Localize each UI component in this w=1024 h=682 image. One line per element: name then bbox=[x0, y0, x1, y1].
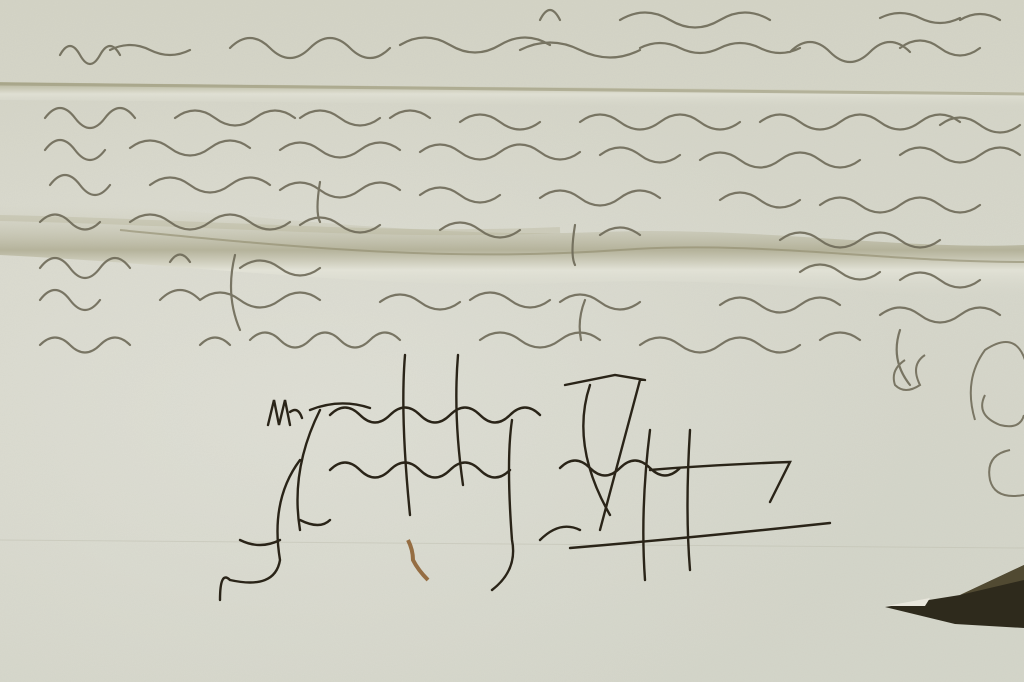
parchment-texture bbox=[0, 0, 1024, 682]
manuscript-photo: Close-up photograph of a creased parchme… bbox=[0, 0, 1024, 682]
